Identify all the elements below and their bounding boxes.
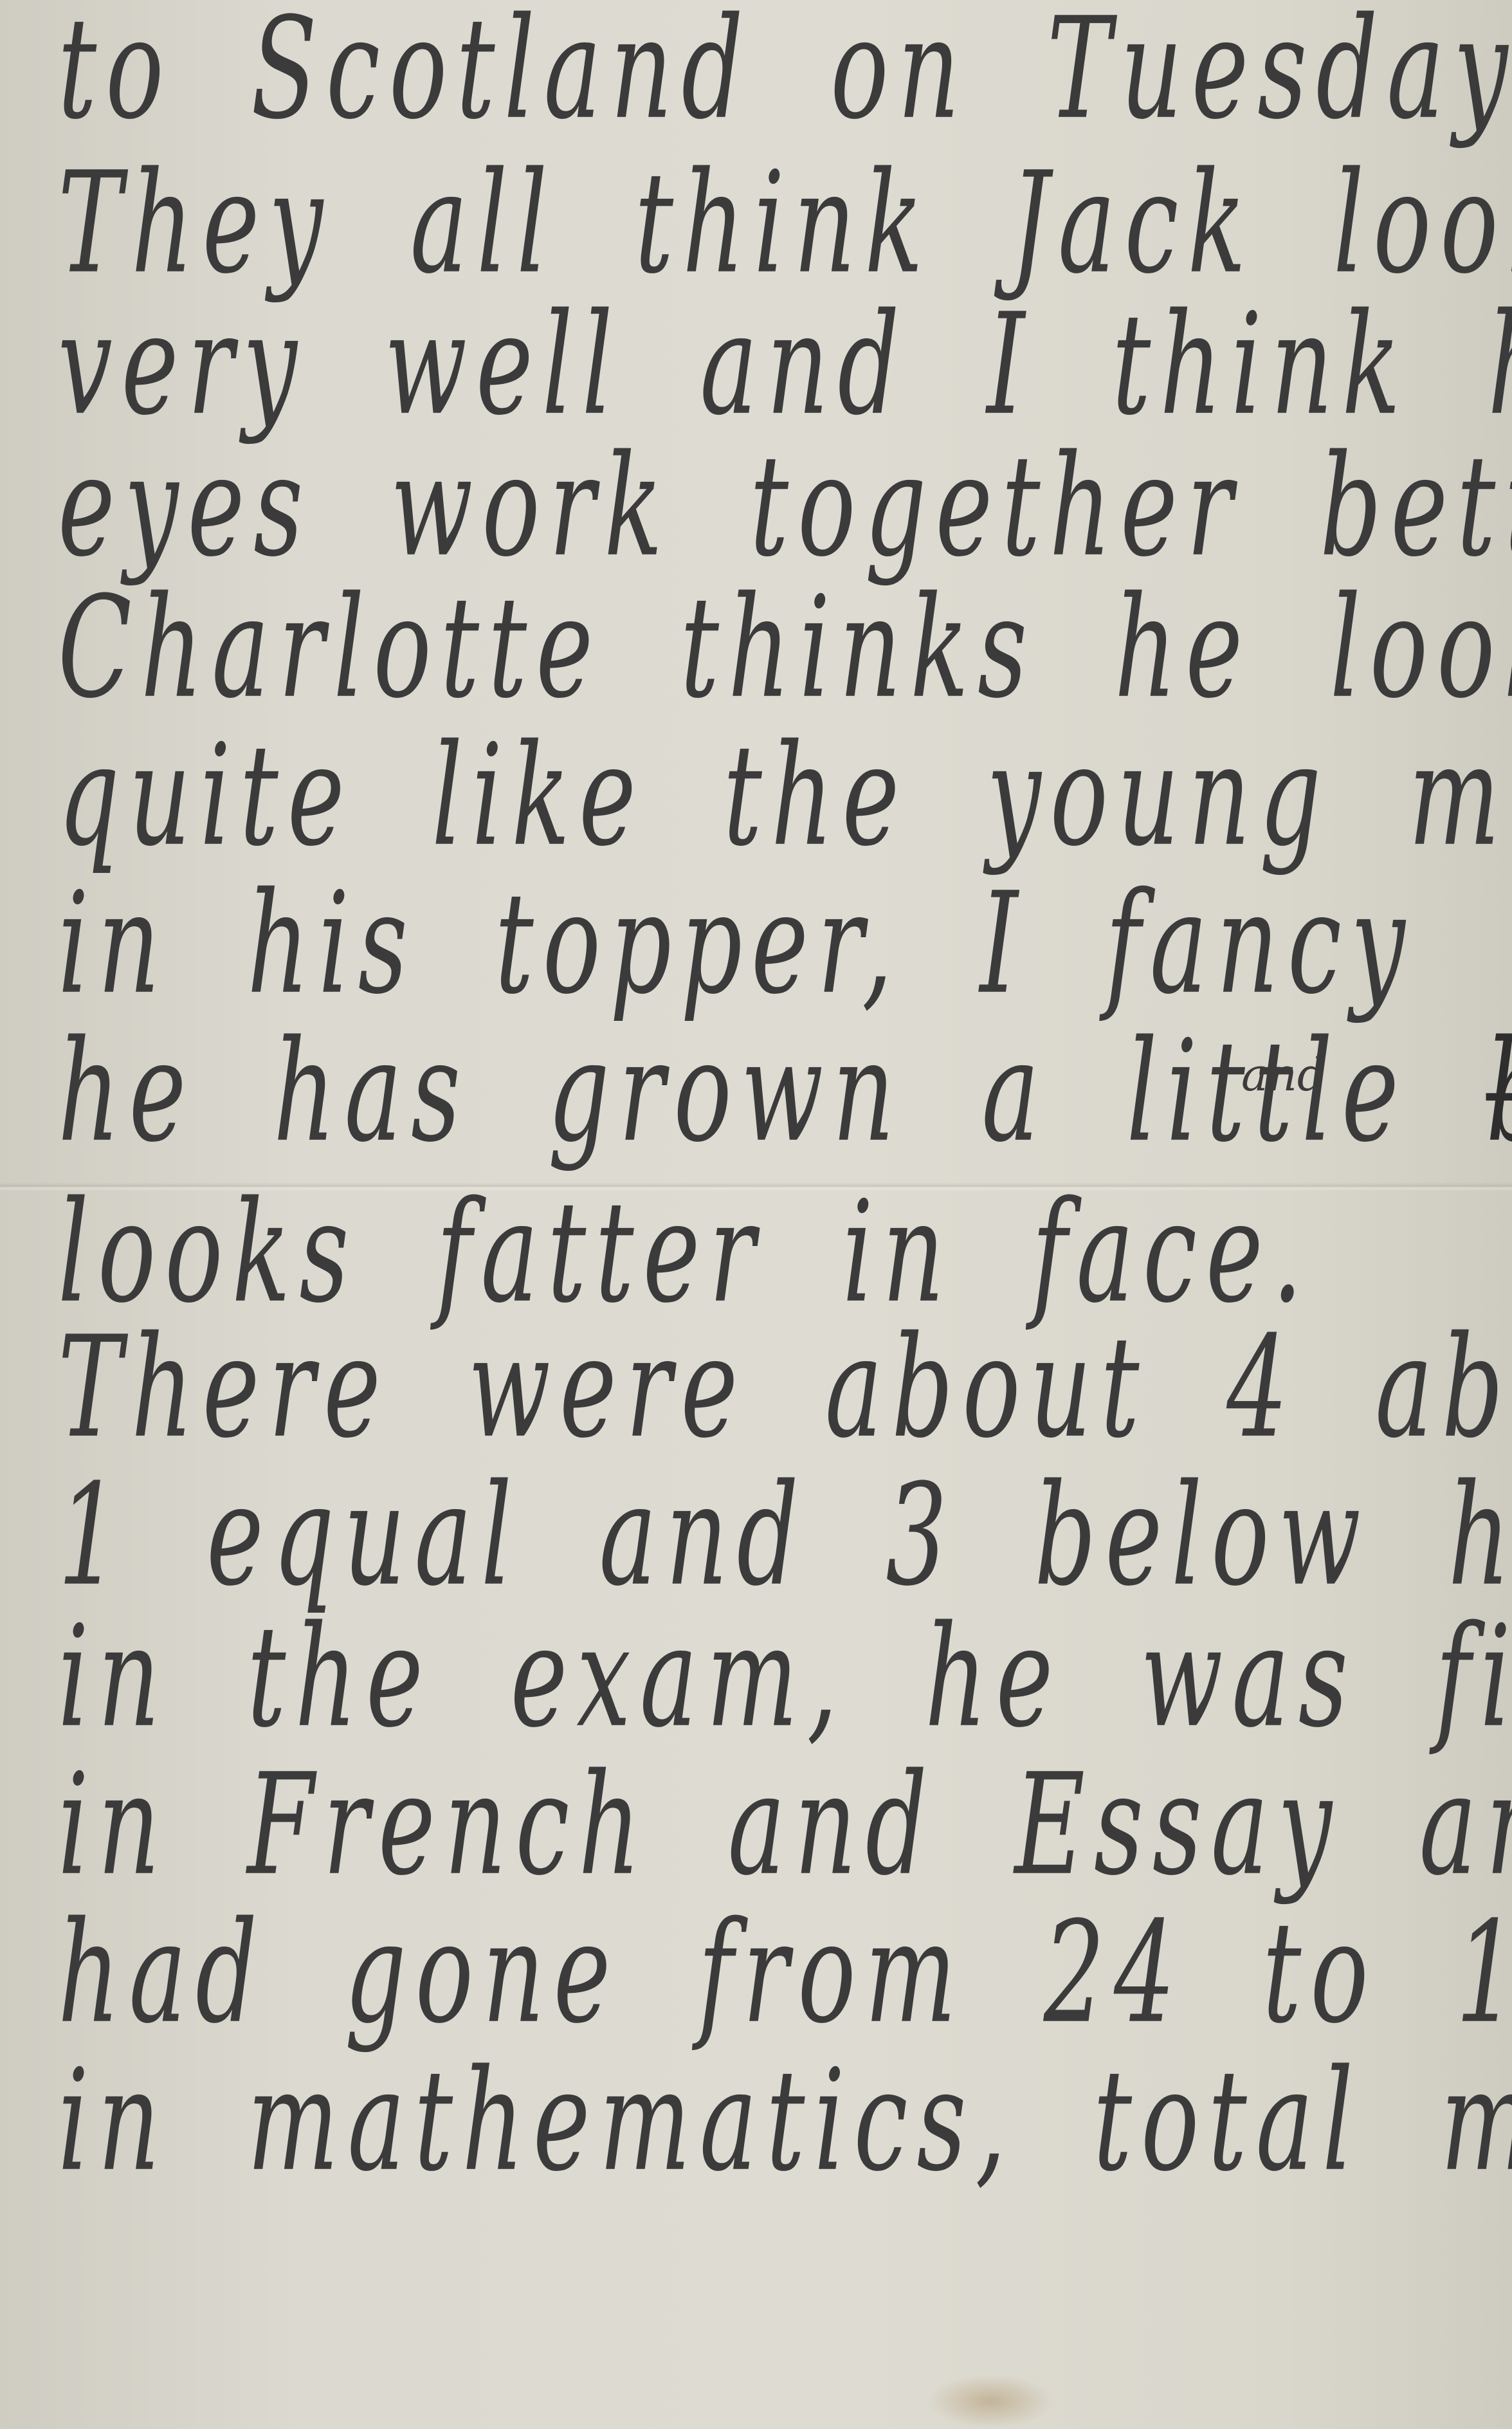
letter-line-13: in French and Essay and [58,1745,1512,1907]
letter-line-14: had gone from 24 to 103 [58,1893,1512,2055]
letter-line-5: Charlotte thinks he looks [58,567,1512,729]
letter-line-10: There were about 4 above [58,1307,1512,1469]
letter-line-4: eyes work together better, [58,426,1512,588]
letter-line-1: to Scotland on Tuesday. [58,0,1512,151]
letter-line-8-text: he has grown a little [58,1011,1408,1173]
letter-line-15: in mathematics, total marks [58,2040,1512,2203]
letter-line-2: They all think Jack looking [58,143,1512,305]
struck-out-word: but [1486,1011,1512,1173]
letter-line-6: quite like the young man [58,715,1512,877]
letter-line-3: very well and I think his [58,284,1512,446]
paper-stain [926,2374,1055,2429]
inserted-word: and [1241,1049,1326,1101]
letter-line-12: in the exam, he was first [58,1597,1512,1759]
letter-line-7: in his topper, I fancy [58,863,1414,1025]
letter-line-11: 1 equal and 3 below him [58,1455,1512,1617]
